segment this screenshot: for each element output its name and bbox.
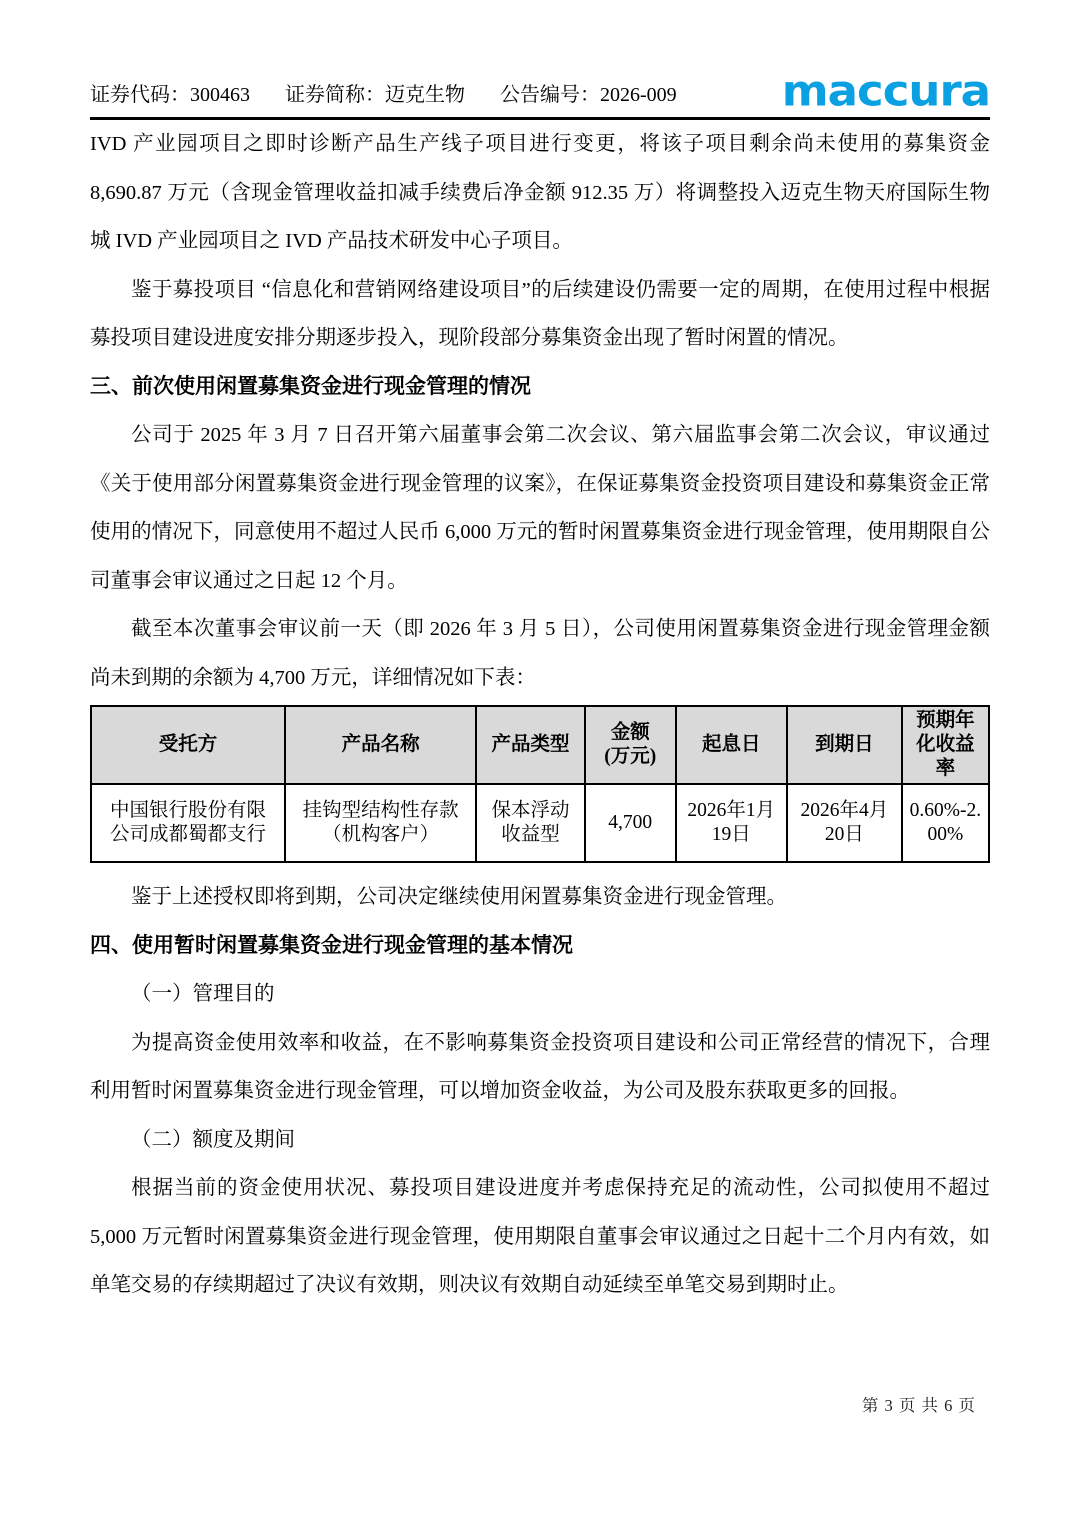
maccura-logo: maccura <box>782 73 990 109</box>
cell-expected-yield: 0.60%-2. 00% <box>902 784 989 862</box>
header-cell-amount: 金额 (万元) <box>585 706 676 784</box>
header-cell-start-date: 起息日 <box>676 706 787 784</box>
section-heading-3: 三、前次使用闲置募集资金进行现金管理的情况 <box>90 363 990 412</box>
paragraph-section4-1: 为提高资金使用效率和收益，在不影响募集资金投资项目建设和公司正常经营的情况下，合… <box>90 1019 990 1116</box>
paragraph-section4-2: 根据当前的资金使用状况、募投项目建设进度并考虑保持充足的流动性，公司拟使用不超过… <box>90 1164 990 1310</box>
table-row: 中国银行股份有限 公司成都蜀都支行 挂钩型结构性存款 （机构客户） 保本浮动 收… <box>91 784 989 862</box>
cell-maturity-date: 2026年4月 20日 <box>787 784 902 862</box>
cash-management-table: 受托方 产品名称 产品类型 金额 (万元) 起息日 到期日 预期年 化收益 率 … <box>90 705 990 863</box>
announcement-page: 证券代码：300463 证券简称：迈克生物 公告编号：2026-009 macc… <box>0 0 1080 1527</box>
security-meta: 证券代码：300463 证券简称：迈克生物 公告编号：2026-009 <box>90 83 677 110</box>
stock-code: 证券代码：300463 <box>90 84 250 106</box>
cell-start-date: 2026年1月 19日 <box>676 784 787 862</box>
cell-amount: 4,700 <box>585 784 676 862</box>
section-heading-4: 四、使用暂时闲置募集资金进行现金管理的基本情况 <box>90 922 990 971</box>
table-body: 中国银行股份有限 公司成都蜀都支行 挂钩型结构性存款 （机构客户） 保本浮动 收… <box>91 784 989 862</box>
document-body: IVD 产业园项目之即时诊断产品生产线子项目进行变更，将该子项目剩余尚未使用的募… <box>90 120 990 1310</box>
page-number: 第 3 页 共 6 页 <box>862 1396 976 1415</box>
subheading-management-purpose: （一）管理目的 <box>90 970 990 1019</box>
table-header: 受托方 产品名称 产品类型 金额 (万元) 起息日 到期日 预期年 化收益 率 <box>91 706 989 784</box>
subheading-quota-period: （二）额度及期间 <box>90 1116 990 1165</box>
paragraph-section3-1: 公司于 2025 年 3 月 7 日召开第六届董事会第二次会议、第六届监事会第二… <box>90 411 990 605</box>
cell-product-type: 保本浮动 收益型 <box>476 784 585 862</box>
document-header: 证券代码：300463 证券简称：迈克生物 公告编号：2026-009 macc… <box>90 0 990 110</box>
paragraph-idle-reason: 鉴于募投项目 “信息化和营销网络建设项目”的后续建设仍需要一定的周期，在使用过程… <box>90 266 990 363</box>
announcement-number: 公告编号：2026-009 <box>500 84 677 106</box>
header-cell-expected-yield: 预期年 化收益 率 <box>902 706 989 784</box>
stock-name: 证券简称：迈克生物 <box>285 84 465 106</box>
cell-product-name: 挂钩型结构性存款 （机构客户） <box>285 784 476 862</box>
header-cell-trustee: 受托方 <box>91 706 285 784</box>
cell-trustee: 中国银行股份有限 公司成都蜀都支行 <box>91 784 285 862</box>
paragraph-section3-2: 截至本次董事会审议前一天（即 2026 年 3 月 5 日），公司使用闲置募集资… <box>90 605 990 702</box>
header-cell-product-type: 产品类型 <box>476 706 585 784</box>
table-header-row: 受托方 产品名称 产品类型 金额 (万元) 起息日 到期日 预期年 化收益 率 <box>91 706 989 784</box>
header-cell-maturity-date: 到期日 <box>787 706 902 784</box>
page-footer: 第 3 页 共 6 页 <box>862 1392 976 1416</box>
header-cell-product-name: 产品名称 <box>285 706 476 784</box>
paragraph-intro-continued: IVD 产业园项目之即时诊断产品生产线子项目进行变更，将该子项目剩余尚未使用的募… <box>90 120 990 266</box>
paragraph-section3-3: 鉴于上述授权即将到期，公司决定继续使用闲置募集资金进行现金管理。 <box>90 873 990 922</box>
